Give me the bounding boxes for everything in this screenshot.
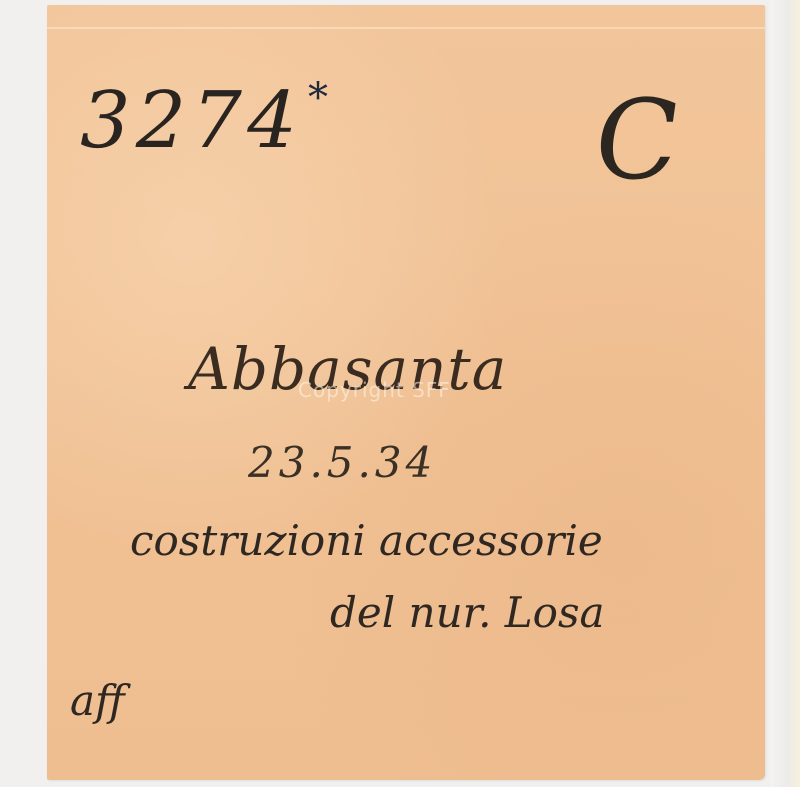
- description-line-1: costruzioni accessorie: [130, 520, 603, 562]
- author-initials: aff: [70, 680, 125, 722]
- description-line-2: del nur. Losa: [330, 592, 605, 634]
- star-icon: *: [308, 78, 328, 118]
- series-letter: C: [587, 85, 687, 195]
- catalog-number: 3274: [72, 82, 311, 160]
- paper-crease: [47, 27, 765, 29]
- copyright-watermark: Copyright SFF: [298, 378, 451, 402]
- date: 23.5.34: [248, 442, 436, 484]
- adjacent-card-edge: [770, 0, 800, 787]
